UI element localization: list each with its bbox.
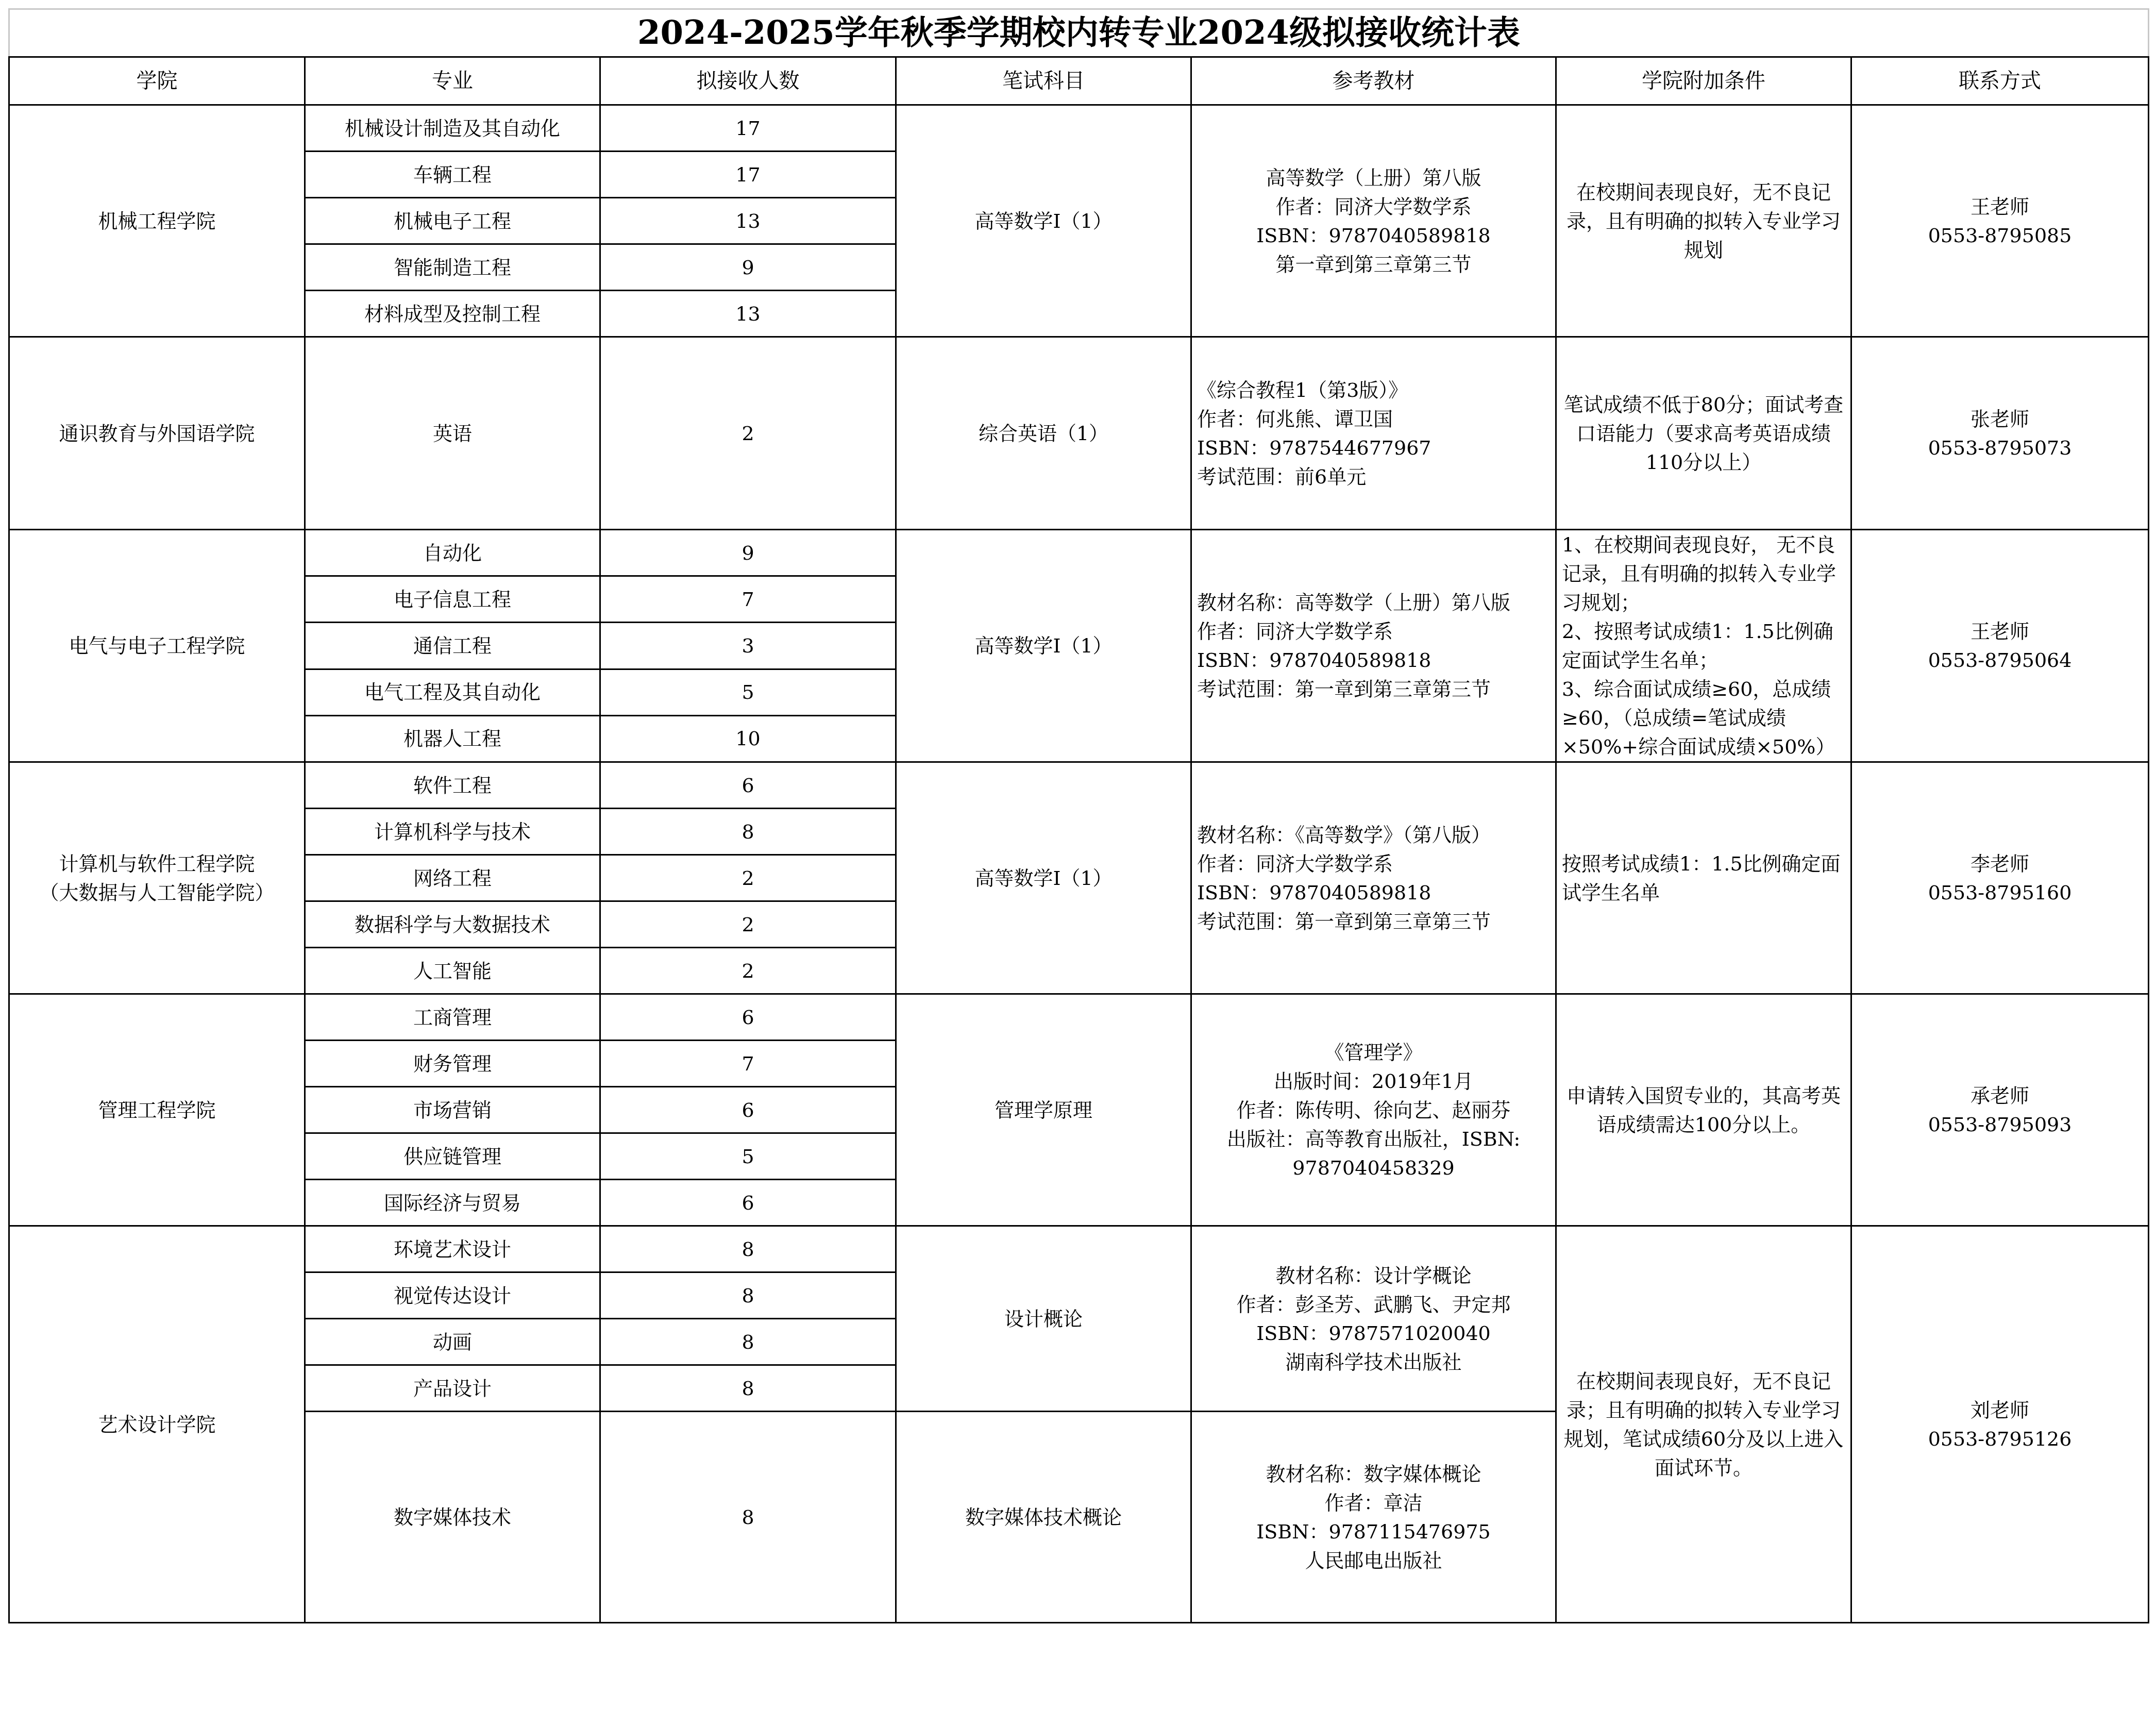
contact: 王老师0553-8795064 (1851, 530, 2149, 762)
table-row: 管理工程学院 工商管理 6 管理学原理 《管理学》 出版时间：2019年1月 作… (9, 994, 2149, 1041)
college-name: 艺术设计学院 (9, 1226, 305, 1623)
major-name: 通信工程 (305, 623, 600, 669)
college-name: 计算机与软件工程学院 （大数据与人工智能学院） (9, 762, 305, 994)
textbook: 《管理学》 出版时间：2019年1月 作者：陈传明、徐向艺、赵丽芬 出版社：高等… (1191, 994, 1556, 1226)
textbook: 教材名称：高等数学（上册）第八版 作者：同济大学数学系 ISBN：9787040… (1191, 530, 1556, 762)
major-name: 财务管理 (305, 1041, 600, 1087)
contact-phone: 0553-8795064 (1928, 649, 2072, 672)
header-exam: 笔试科目 (896, 57, 1191, 105)
major-name: 软件工程 (305, 762, 600, 809)
admit-count: 2 (600, 901, 896, 948)
major-name: 机器人工程 (305, 715, 600, 762)
admit-count: 13 (600, 291, 896, 337)
admission-table: 2024-2025学年秋季学期校内转专业2024级拟接收统计表 学院 专业 拟接… (8, 8, 2149, 1623)
contact: 承老师0553-8795093 (1851, 994, 2149, 1226)
admit-count: 7 (600, 576, 896, 623)
table-row: 计算机与软件工程学院 （大数据与人工智能学院） 软件工程 6 高等数学I（1） … (9, 762, 2149, 809)
admit-count: 8 (600, 1272, 896, 1319)
admit-count: 5 (600, 1133, 896, 1180)
college-name: 机械工程学院 (9, 105, 305, 337)
contact: 王老师0553-8795085 (1851, 105, 2149, 337)
extra-conditions: 1、在校期间表现良好， 无不良记录，且有明确的拟转入专业学习规划； 2、按照考试… (1556, 530, 1851, 762)
exam-subject: 综合英语（1） (896, 337, 1191, 530)
major-name: 机械设计制造及其自动化 (305, 105, 600, 152)
admit-count: 6 (600, 1180, 896, 1226)
extra-conditions: 申请转入国贸专业的，其高考英语成绩需达100分以上。 (1556, 994, 1851, 1226)
table-row: 艺术设计学院 环境艺术设计 8 设计概论 教材名称：设计学概论 作者：彭圣芳、武… (9, 1226, 2149, 1272)
table-row: 机械工程学院 机械设计制造及其自动化 17 高等数学I（1） 高等数学（上册）第… (9, 105, 2149, 152)
admit-count: 2 (600, 948, 896, 994)
extra-conditions: 在校期间表现良好，无不良记录；且有明确的拟转入专业学习规划，笔试成绩60分及以上… (1556, 1226, 1851, 1623)
admit-count: 5 (600, 669, 896, 715)
major-name: 视觉传达设计 (305, 1272, 600, 1319)
contact-name: 李老师 (1970, 852, 2029, 875)
extra-conditions: 笔试成绩不低于80分；面试考查口语能力（要求高考英语成绩110分以上） (1556, 337, 1851, 530)
contact-phone: 0553-8795085 (1928, 224, 2072, 247)
header-major: 专业 (305, 57, 600, 105)
admit-count: 2 (600, 337, 896, 530)
contact-name: 刘老师 (1970, 1399, 2029, 1421)
textbook: 高等数学（上册）第八版 作者：同济大学数学系 ISBN：978704058981… (1191, 105, 1556, 337)
header-contact: 联系方式 (1851, 57, 2149, 105)
major-name: 机械电子工程 (305, 198, 600, 244)
admit-count: 13 (600, 198, 896, 244)
contact: 刘老师0553-8795126 (1851, 1226, 2149, 1623)
header-college: 学院 (9, 57, 305, 105)
major-name: 自动化 (305, 530, 600, 576)
transfer-admission-sheet: 2024-2025学年秋季学期校内转专业2024级拟接收统计表 学院 专业 拟接… (8, 8, 2148, 1701)
contact: 李老师0553-8795160 (1851, 762, 2149, 994)
exam-subject: 高等数学I（1） (896, 105, 1191, 337)
exam-subject: 数字媒体技术概论 (896, 1412, 1191, 1623)
contact-name: 王老师 (1970, 620, 2029, 643)
major-name: 计算机科学与技术 (305, 809, 600, 855)
admit-count: 8 (600, 809, 896, 855)
major-name: 产品设计 (305, 1365, 600, 1412)
admit-count: 7 (600, 1041, 896, 1087)
major-name: 数据科学与大数据技术 (305, 901, 600, 948)
major-name: 国际经济与贸易 (305, 1180, 600, 1226)
major-name: 环境艺术设计 (305, 1226, 600, 1272)
college-name: 通识教育与外国语学院 (9, 337, 305, 530)
exam-subject: 设计概论 (896, 1226, 1191, 1412)
major-name: 供应链管理 (305, 1133, 600, 1180)
extra-conditions: 在校期间表现良好，无不良记录，且有明确的拟转入专业学习规划 (1556, 105, 1851, 337)
admit-count: 8 (600, 1319, 896, 1365)
admit-count: 9 (600, 244, 896, 291)
header-count: 拟接收人数 (600, 57, 896, 105)
admit-count: 6 (600, 994, 896, 1041)
extra-conditions: 按照考试成绩1：1.5比例确定面试学生名单 (1556, 762, 1851, 994)
header-row: 学院 专业 拟接收人数 笔试科目 参考教材 学院附加条件 联系方式 (9, 57, 2149, 105)
contact-phone: 0553-8795126 (1928, 1428, 2072, 1450)
admit-count: 9 (600, 530, 896, 576)
major-name: 网络工程 (305, 855, 600, 901)
admit-count: 17 (600, 105, 896, 152)
college-name: 电气与电子工程学院 (9, 530, 305, 762)
major-name: 数字媒体技术 (305, 1412, 600, 1623)
major-name: 电气工程及其自动化 (305, 669, 600, 715)
major-name: 人工智能 (305, 948, 600, 994)
major-name: 动画 (305, 1319, 600, 1365)
admit-count: 6 (600, 1087, 896, 1133)
contact-name: 张老师 (1970, 408, 2029, 430)
major-name: 英语 (305, 337, 600, 530)
textbook: 《综合教程1（第3版）》 作者：何兆熊、谭卫国 ISBN：97875446779… (1191, 337, 1556, 530)
admit-count: 10 (600, 715, 896, 762)
admit-count: 8 (600, 1412, 896, 1623)
table-row: 电气与电子工程学院 自动化 9 高等数学I（1） 教材名称：高等数学（上册）第八… (9, 530, 2149, 576)
contact-phone: 0553-8795093 (1928, 1113, 2072, 1136)
textbook: 教材名称：数字媒体概论 作者：章洁 ISBN：9787115476975 人民邮… (1191, 1412, 1556, 1623)
contact-phone: 0553-8795160 (1928, 881, 2072, 904)
admit-count: 6 (600, 762, 896, 809)
exam-subject: 管理学原理 (896, 994, 1191, 1226)
admit-count: 8 (600, 1226, 896, 1272)
admit-count: 2 (600, 855, 896, 901)
admit-count: 3 (600, 623, 896, 669)
major-name: 材料成型及控制工程 (305, 291, 600, 337)
major-name: 车辆工程 (305, 152, 600, 198)
textbook: 教材名称：《高等数学》（第八版） 作者：同济大学数学系 ISBN：9787040… (1191, 762, 1556, 994)
admit-count: 8 (600, 1365, 896, 1412)
header-conditions: 学院附加条件 (1556, 57, 1851, 105)
exam-subject: 高等数学I（1） (896, 530, 1191, 762)
table-row: 通识教育与外国语学院 英语 2 综合英语（1） 《综合教程1（第3版）》 作者：… (9, 337, 2149, 530)
contact-name: 王老师 (1970, 195, 2029, 218)
contact-name: 承老师 (1970, 1084, 2029, 1107)
header-textbook: 参考教材 (1191, 57, 1556, 105)
college-name: 管理工程学院 (9, 994, 305, 1226)
major-name: 市场营销 (305, 1087, 600, 1133)
contact: 张老师0553-8795073 (1851, 337, 2149, 530)
admit-count: 17 (600, 152, 896, 198)
major-name: 智能制造工程 (305, 244, 600, 291)
contact-phone: 0553-8795073 (1928, 437, 2072, 459)
textbook: 教材名称：设计学概论 作者：彭圣芳、武鹏飞、尹定邦 ISBN：978757102… (1191, 1226, 1556, 1412)
major-name: 电子信息工程 (305, 576, 600, 623)
major-name: 工商管理 (305, 994, 600, 1041)
exam-subject: 高等数学I（1） (896, 762, 1191, 994)
table-title: 2024-2025学年秋季学期校内转专业2024级拟接收统计表 (9, 9, 2149, 57)
